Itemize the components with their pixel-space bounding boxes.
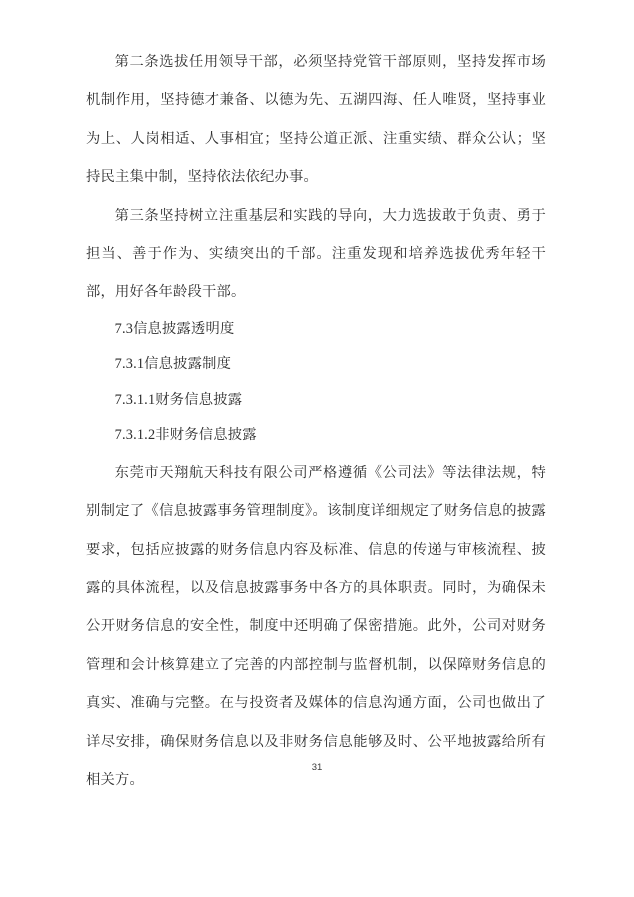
document-content: 第二条选拔任用领导干部，必须坚持党管干部原则，坚持发挥市场机制作用，坚持德才兼备… bbox=[86, 43, 546, 800]
document-page: 第二条选拔任用领导干部，必须坚持党管干部原则，坚持发挥市场机制作用，坚持德才兼备… bbox=[0, 0, 634, 897]
page-number: 31 bbox=[0, 762, 634, 773]
heading-7-3-1-2-nonfinancial-disclosure: 7.3.1.2非财务信息披露 bbox=[86, 418, 546, 454]
heading-7-3-1-disclosure-system: 7.3.1信息披露制度 bbox=[86, 347, 546, 383]
paragraph-disclosure-policy: 东莞市天翔航天科技有限公司严格遵循《公司法》等法律法规，特别制定了《信息披露事务… bbox=[86, 454, 546, 800]
heading-7-3-transparency: 7.3信息披露透明度 bbox=[86, 312, 546, 348]
paragraph-article-3: 第三条坚持树立注重基层和实践的导向，大力选拔敢于负责、勇于担当、善于作为、实绩突… bbox=[86, 197, 546, 312]
paragraph-article-2: 第二条选拔任用领导干部，必须坚持党管干部原则，坚持发挥市场机制作用，坚持德才兼备… bbox=[86, 43, 546, 197]
heading-7-3-1-1-financial-disclosure: 7.3.1.1财务信息披露 bbox=[86, 383, 546, 419]
